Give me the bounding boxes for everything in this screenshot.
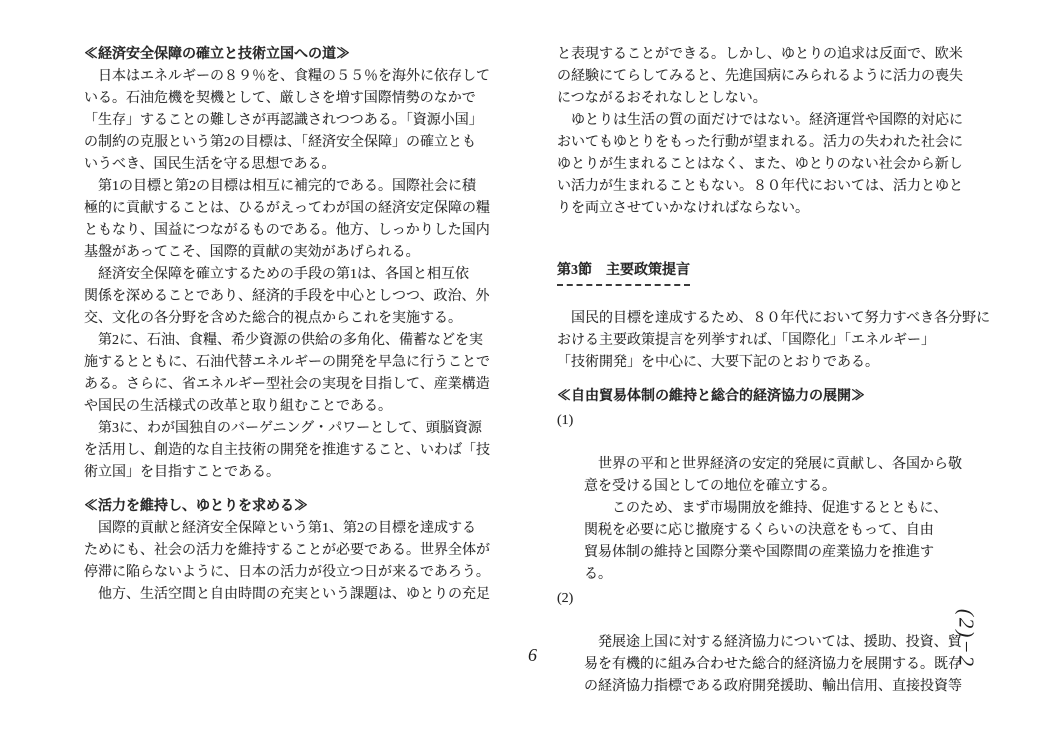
section-heading-policy-proposals: 第3節 主要政策提言 [557, 260, 690, 286]
policy-item-1: (1) 世界の平和と世界経済の安定的発展に貢献し、各国から敬 意を受ける国として… [557, 410, 1009, 586]
paragraph-yutori-continuation: と表現することができる。しかし、ゆとりの追求は反面で、欧米 の経験にてらしてみる… [557, 44, 1009, 110]
paragraph-vitality: 国際的貢献と経済安全保障という第1、第2の目標を達成する ためにも、社会の活力を… [84, 518, 530, 606]
policy-item-2-text: 発展途上国に対する経済協力については、援助、投資、貿 易を有機的に組み合わせた総… [584, 635, 962, 694]
right-text-column: と表現することができる。しかし、ゆとりの追求は反面で、欧米 の経験にてらしてみる… [557, 44, 1009, 698]
policy-item-1-marker: (1) [557, 410, 573, 432]
policy-item-2: (2) 発展途上国に対する経済協力については、援助、投資、貿 易を有機的に組み合… [557, 588, 1009, 698]
paragraph-policy-intro: 国民的目標を達成するため、８０年代において努力すべき各分野に おける主要政策提言… [557, 308, 1009, 374]
section-heading-row: 第3節 主要政策提言 [557, 260, 1009, 282]
heading-free-trade: ≪自由貿易体制の維持と総合的経済協力の展開≫ [557, 386, 1009, 408]
paragraph-means-second: 第2に、石油、食糧、希少資源の供給の多角化、備蓄などを実 施するとともに、石油代… [84, 330, 530, 418]
paragraph-energy-dependence: 日本はエネルギーの８９％を、食糧の５５％を海外に依存して いる。石油危機を契機と… [84, 66, 530, 176]
paragraph-yutori-quality: ゆとりは生活の質の面だけではない。経済運営や国際的対応に おいてもゆとりをもった… [557, 110, 1009, 220]
page-number: 6 [528, 645, 537, 666]
paragraph-means-first: 経済安全保障を確立するための手段の第1は、各国と相互依 関係を深めることであり、… [84, 264, 530, 330]
heading-vitality: ≪活力を維持し、ゆとりを求める≫ [84, 496, 530, 518]
heading-economic-security: ≪経済安全保障の確立と技術立国への道≫ [84, 44, 530, 66]
left-text-column: ≪経済安全保障の確立と技術立国への道≫ 日本はエネルギーの８９％を、食糧の５５％… [84, 44, 530, 606]
scanned-document-page: ≪経済安全保障の確立と技術立国への道≫ 日本はエネルギーの８９％を、食糧の５５％… [0, 0, 1054, 750]
paragraph-means-third: 第3に、わが国独自のバーゲニング・パワーとして、頭脳資源 を活用し、創造的な自主… [84, 418, 530, 484]
paragraph-goals-complementary: 第1の目標と第2の目標は相互に補完的である。国際社会に積 極的に貢献することは、… [84, 176, 530, 264]
handwritten-margin-note: (2)−2 [954, 591, 979, 687]
policy-item-1-text: 世界の平和と世界経済の安定的発展に貢献し、各国から敬 意を受ける国としての地位を… [584, 457, 962, 582]
policy-item-2-marker: (2) [557, 588, 573, 610]
